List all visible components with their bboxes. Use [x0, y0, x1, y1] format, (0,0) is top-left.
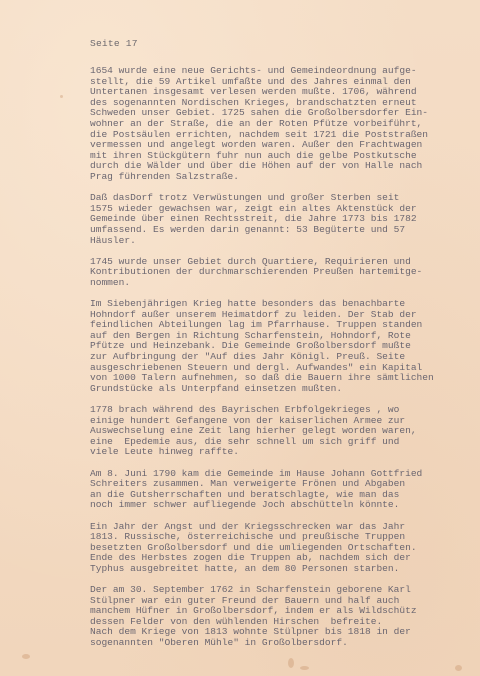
text-line: nommen. [90, 278, 470, 289]
document-page: Seite 17 1654 wurde eine neue Gerichts- … [0, 0, 480, 676]
paragraph-1778: 1778 brach während des Bayrischen Erbfol… [90, 405, 470, 458]
document-body: 1654 wurde eine neue Gerichts- und Gemei… [90, 66, 470, 659]
paragraph-seven-years-war: Im Siebenjährigen Krieg hatte besonders … [90, 299, 470, 394]
text-line: sogenannten "Oberen Mühle" in Großolbers… [90, 638, 470, 649]
paragraph-1790: Am 8. Juni 1790 kam die Gemeinde im Haus… [90, 469, 470, 511]
text-line: viele Leute hinweg raffte. [90, 447, 470, 458]
text-line: Häusler. [90, 236, 470, 247]
paragraph-1654: 1654 wurde eine neue Gerichts- und Gemei… [90, 66, 470, 183]
text-line: Kontributionen der durchmarschierenden P… [90, 267, 470, 278]
paragraph-stuelpner: Der am 30. September 1762 in Scharfenste… [90, 585, 470, 649]
text-line: Typhus ausgebreitet hatte, an dem 80 Per… [90, 564, 470, 575]
paragraph-1745: 1745 wurde unser Gebiet durch Quartiere,… [90, 257, 470, 289]
paper-stain [22, 654, 30, 659]
text-line: 1778 brach während des Bayrischen Erbfol… [90, 405, 470, 416]
text-line: umfassend. Es werden darin genannt: 53 B… [90, 225, 470, 236]
paper-stain [455, 665, 462, 671]
paper-stain [60, 95, 63, 98]
paragraph-1813: Ein Jahr der Angst und der Kriegsschreck… [90, 522, 470, 575]
text-line: wohner an der Straße, die an der Roten P… [90, 119, 470, 130]
paragraph-dorf-growth: Daß dasDorf trotz Verwüstungen und große… [90, 193, 470, 246]
text-line: Grundstücke als Unterpfand einsetzen muß… [90, 384, 470, 395]
paper-stain [300, 666, 309, 670]
paper-stain [288, 658, 294, 668]
page-number: Seite 17 [90, 38, 138, 49]
text-line: 1654 wurde eine neue Gerichts- und Gemei… [90, 66, 470, 77]
text-line: Prag führenden Salzstraße. [90, 172, 470, 183]
text-line: noch immer schwer aufliegende Joch absch… [90, 500, 470, 511]
